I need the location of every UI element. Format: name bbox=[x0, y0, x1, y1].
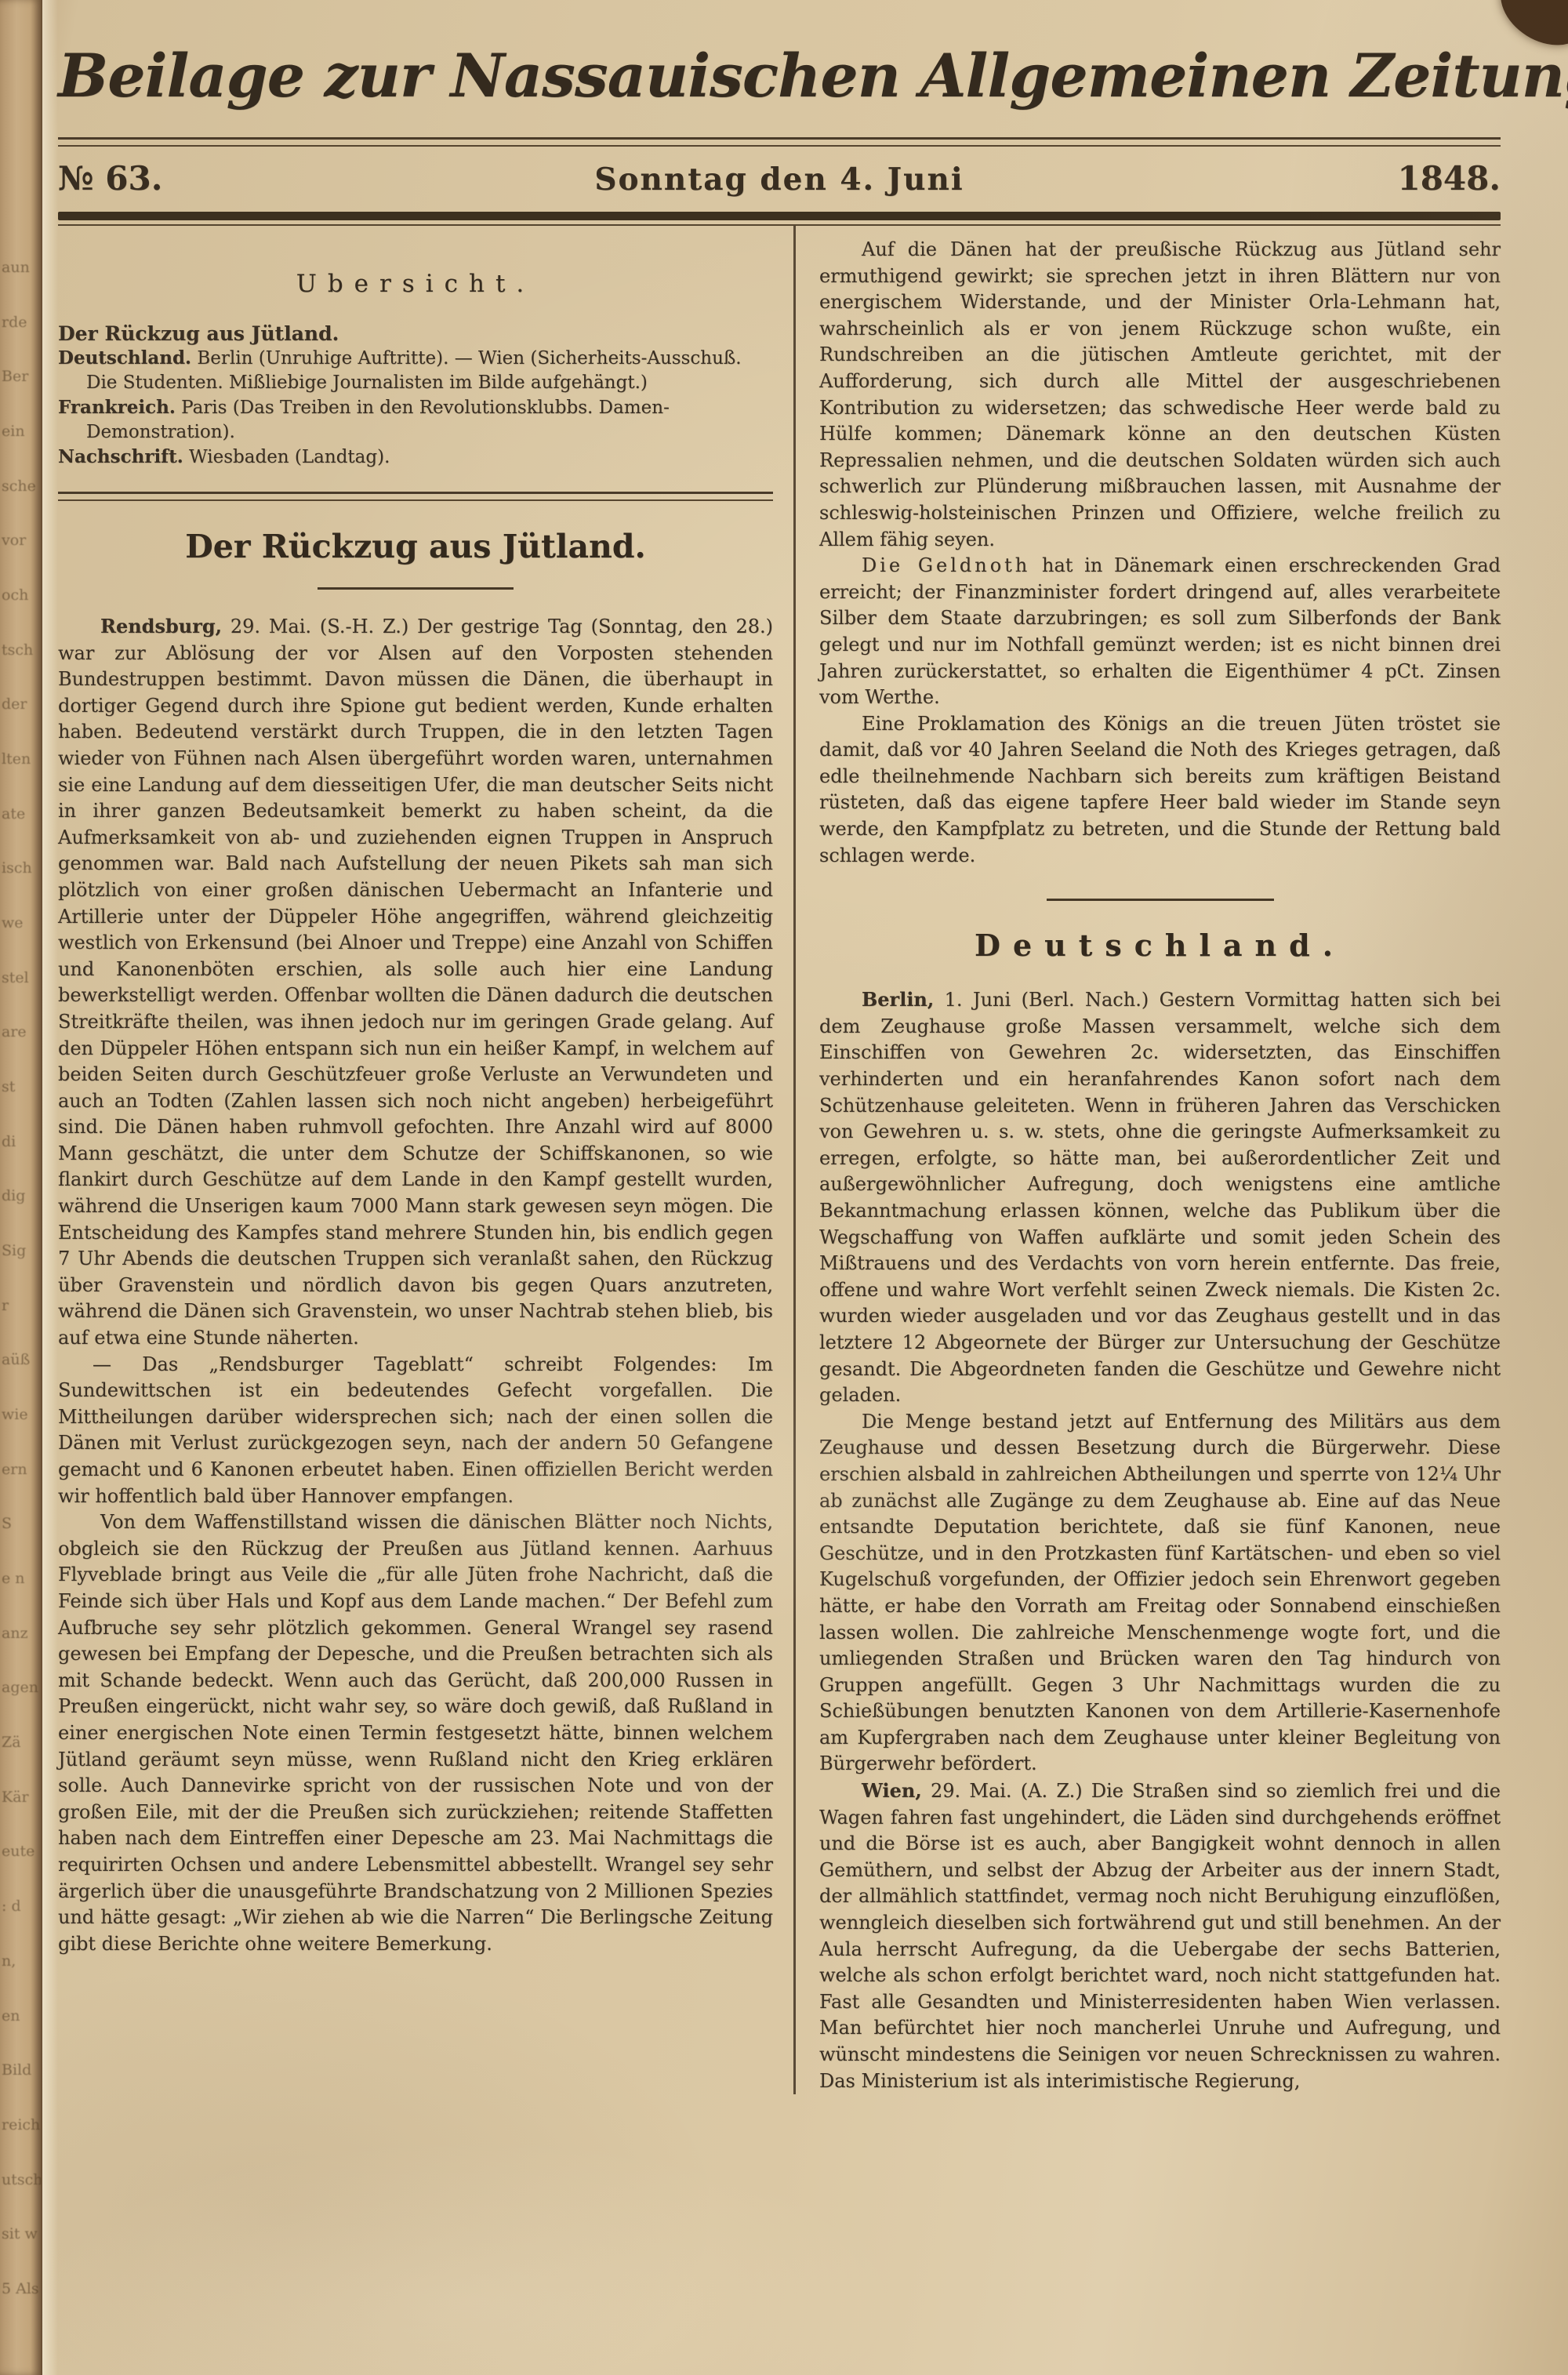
article-title: Der Rückzug aus Jütland. bbox=[58, 528, 773, 565]
dateline: Wien, bbox=[862, 1779, 922, 1802]
overview-divider-rule bbox=[58, 492, 773, 501]
left-column: Ubersicht. Der Rückzug aus Jütland. Deut… bbox=[58, 226, 793, 2094]
issue-date: Sonntag den 4. Juni bbox=[278, 162, 1281, 198]
issue-header: № 63. Sonntag den 4. Juni 1848. bbox=[58, 159, 1501, 198]
article-title-rule bbox=[318, 587, 514, 590]
article-paragraph: Die Menge bestand jetzt auf Entfernung d… bbox=[819, 1409, 1501, 1778]
dateline: Rendsburg, bbox=[100, 615, 222, 637]
toc-item: Nachschrift. Wiesbaden (Landtag). bbox=[58, 445, 773, 470]
article-paragraph: Berlin, 1. Juni (Berl. Nach.) Gestern Vo… bbox=[819, 986, 1501, 1409]
article-paragraph: Von dem Waffenstillstand wissen die däni… bbox=[58, 1509, 773, 1957]
article-paragraph: Die Geldnoth hat in Dänemark einen ersch… bbox=[819, 553, 1501, 711]
two-column-body: Ubersicht. Der Rückzug aus Jütland. Deut… bbox=[58, 226, 1501, 2094]
edge-fragment: 5 Als bbox=[2, 2280, 41, 2297]
article-paragraph: Wien, 29. Mai. (A. Z.) Die Straßen sind … bbox=[819, 1778, 1501, 2094]
dateline: Berlin, bbox=[862, 988, 934, 1011]
edge-fragment: utsch bbox=[2, 2171, 41, 2188]
edge-fragment: reich bbox=[2, 2116, 41, 2134]
right-column: Auf die Dänen hat der preußische Rückzug… bbox=[793, 226, 1501, 2094]
emphasized-lead: Die Geldnoth bbox=[862, 554, 1030, 576]
header-thick-rule bbox=[58, 212, 1501, 220]
toc-item: Frankreich. Paris (Das Treiben in den Re… bbox=[58, 395, 773, 445]
masthead-title: Beilage zur Nassauischen Allgemeinen Zei… bbox=[58, 41, 1501, 111]
overview-title: Ubersicht. bbox=[58, 270, 773, 298]
edge-fragment: sit w bbox=[2, 2225, 41, 2242]
section-divider-rule bbox=[1047, 899, 1274, 901]
section-title-deutschland: Deutschland. bbox=[819, 928, 1501, 963]
masthead-divider-rule bbox=[58, 137, 1501, 147]
article-paragraph: Eine Proklamation des Königs an die treu… bbox=[819, 711, 1501, 870]
toc-item: Deutschland. Berlin (Unruhige Auftritte)… bbox=[58, 346, 773, 395]
issue-number: № 63. bbox=[58, 159, 278, 198]
article-paragraph: — Das „Rendsburger Tageblatt“ schreibt F… bbox=[58, 1352, 773, 1510]
issue-year: 1848. bbox=[1281, 159, 1501, 198]
table-of-contents: Der Rückzug aus Jütland. Deutschland. Be… bbox=[58, 321, 773, 470]
article-paragraph: Rendsburg, 29. Mai. (S.-H. Z.) Der gestr… bbox=[58, 613, 773, 1352]
newspaper-page: Beilage zur Nassauischen Allgemeinen Zei… bbox=[0, 0, 1568, 2094]
toc-item: Der Rückzug aus Jütland. bbox=[58, 321, 773, 346]
article-paragraph: Auf die Dänen hat der preußische Rückzug… bbox=[819, 237, 1501, 553]
